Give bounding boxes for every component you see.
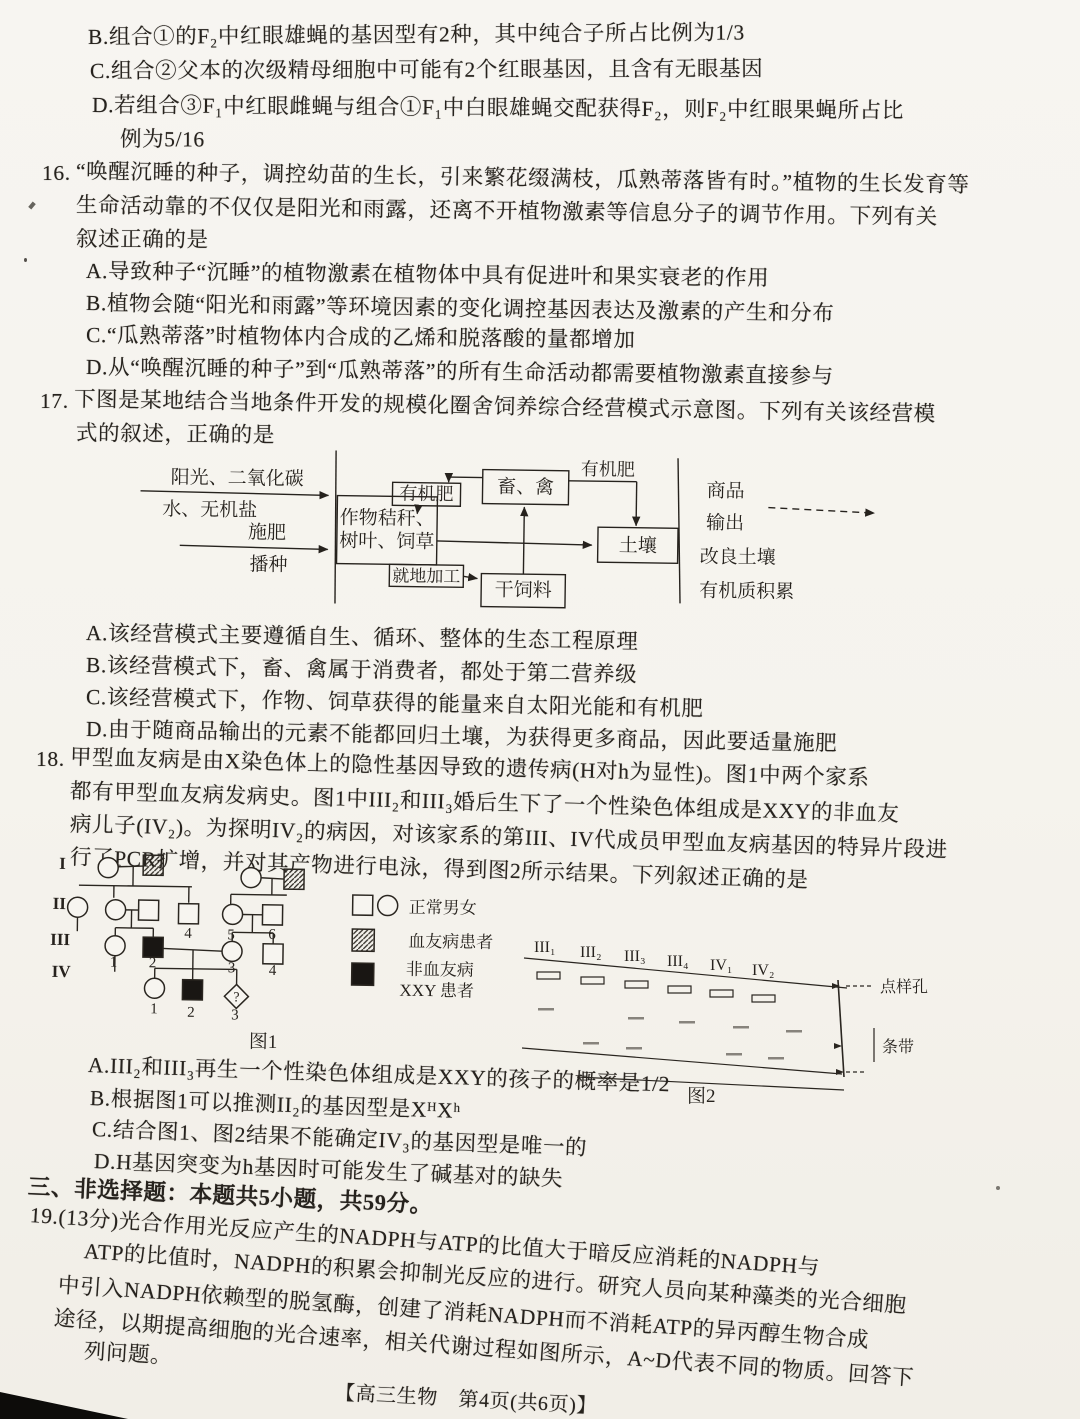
diagram-box-livestock: 畜、禽 xyxy=(497,476,554,499)
pedigree-number: 4 xyxy=(269,963,277,979)
diagram-output-organic-accumulation: 有机质积累 xyxy=(699,580,794,603)
pedigree-figure: ? I II III IV 4 5 6 1 2 3 4 1 2 3 正常男女 血… xyxy=(27,845,530,1064)
gel-lane-label: III₁ xyxy=(534,939,556,956)
pedigree-unknown-mark: ? xyxy=(233,990,239,1005)
diagram-output-export: 输出 xyxy=(706,512,744,535)
q15-option-c: C.组合②父本的次级精母细胞中可能有2个红眼基因，且含有无眼基因 xyxy=(90,54,763,86)
diagram-box-processing: 就地加工 xyxy=(392,566,460,586)
pedigree-number: 2 xyxy=(149,955,157,971)
q16-option-c: C.“瓜熟蒂落”时植物体内合成的乙烯和脱落酸的量都增加 xyxy=(86,320,636,355)
scan-corner-shadow xyxy=(0,1392,128,1419)
pedigree-number: 3 xyxy=(228,960,236,976)
legend-normal-label: 正常男女 xyxy=(409,898,477,918)
diagram-label-organic-fertilizer: 有机肥 xyxy=(581,459,635,480)
pedigree-number: 1 xyxy=(110,955,118,971)
legend-xxy-label-line2: XXY 患者 xyxy=(399,981,474,1001)
pedigree-number: 4 xyxy=(184,926,192,942)
diagram-box-soil: 土壤 xyxy=(619,534,657,557)
q16-number: 16. xyxy=(42,158,71,188)
q18-number: 18. xyxy=(36,744,65,774)
pedigree-legend-symbols xyxy=(352,895,398,986)
scan-mark xyxy=(24,258,27,262)
diagram-box-crop-line2: 树叶、饲草 xyxy=(339,530,434,553)
generation-label-1: I xyxy=(59,854,66,873)
diagram-output-improve-soil: 改良土壤 xyxy=(700,546,776,569)
page-footer: 【高三生物 第4页(共6页)】 xyxy=(334,1378,598,1419)
pedigree-number: 2 xyxy=(187,1005,195,1021)
pedigree-number: 1 xyxy=(150,1001,158,1017)
figure2-caption: 图2 xyxy=(687,1085,716,1107)
diagram-input-fertilize: 施肥 xyxy=(248,521,286,544)
legend-affected-label: 血友病患者 xyxy=(408,932,493,952)
diagram-box-organic-fertilizer: 有机肥 xyxy=(399,483,453,504)
gel-lane-label: III₄ xyxy=(667,953,689,970)
gel-lane-label: III₃ xyxy=(624,948,646,965)
q15-option-b: B.组合①的F₂中红眼雄蝇的基因型有2种，其中纯合子所占比例为1/3 xyxy=(88,17,745,52)
pedigree-number: 5 xyxy=(227,927,235,943)
q17-flow-diagram: 阳光、二氧化碳 水、无机盐 施肥 播种 作物秸秆、 树叶、饲草 有机肥 畜、禽 … xyxy=(127,441,899,622)
scan-mark xyxy=(28,202,36,210)
diagram-input-sow: 播种 xyxy=(249,553,287,576)
q15-option-d-cont: 例为5/16 xyxy=(120,124,205,154)
gel-bands xyxy=(538,1008,802,1060)
scan-mark xyxy=(996,1186,1000,1190)
figure1-caption: 图1 xyxy=(249,1031,278,1053)
diagram-box-crop-line1: 作物秸秆、 xyxy=(340,507,435,530)
gel-lane-label: III₂ xyxy=(580,944,602,961)
gel-band-label: 条带 xyxy=(882,1038,914,1056)
q16-option-a: A.导致种子“沉睡”的植物激素在植物体中具有促进叶和果实衰老的作用 xyxy=(86,256,770,293)
generation-label-3: III xyxy=(50,930,70,949)
gel-arrow-ticks xyxy=(832,983,844,1075)
legend-xxy-label-line1: 非血友病 xyxy=(406,960,474,980)
generation-label-2: II xyxy=(53,894,67,913)
pedigree-number: 6 xyxy=(268,927,276,943)
gel-lane-label: IV₁ xyxy=(710,957,732,974)
exam-page: B.组合①的F₂中红眼雄蝇的基因型有2种，其中纯合子所占比例为1/3 C.组合②… xyxy=(0,0,1080,1419)
q17-number: 17. xyxy=(40,386,69,416)
diagram-input-sunlight-co2: 阳光、二氧化碳 xyxy=(171,466,304,490)
q19-line-5: 列问题。 xyxy=(83,1336,173,1371)
diagram-output-goods: 商品 xyxy=(706,480,744,503)
pedigree-number: 3 xyxy=(231,1007,239,1023)
diagram-input-water-salts: 水、无机盐 xyxy=(162,498,257,521)
gel-well-label: 点样孔 xyxy=(880,978,928,996)
q15-option-d: D.若组合③F₁中红眼雌蝇与组合①F₁中白眼雄蝇交配获得F₂，则F₂中红眼果蝇所… xyxy=(92,90,904,126)
generation-label-4: IV xyxy=(52,962,72,981)
q16-stem-line-3: 叙述正确的是 xyxy=(76,224,209,255)
gel-lane-label: IV₂ xyxy=(752,962,774,979)
diagram-box-dry-feed: 干饲料 xyxy=(495,579,552,602)
